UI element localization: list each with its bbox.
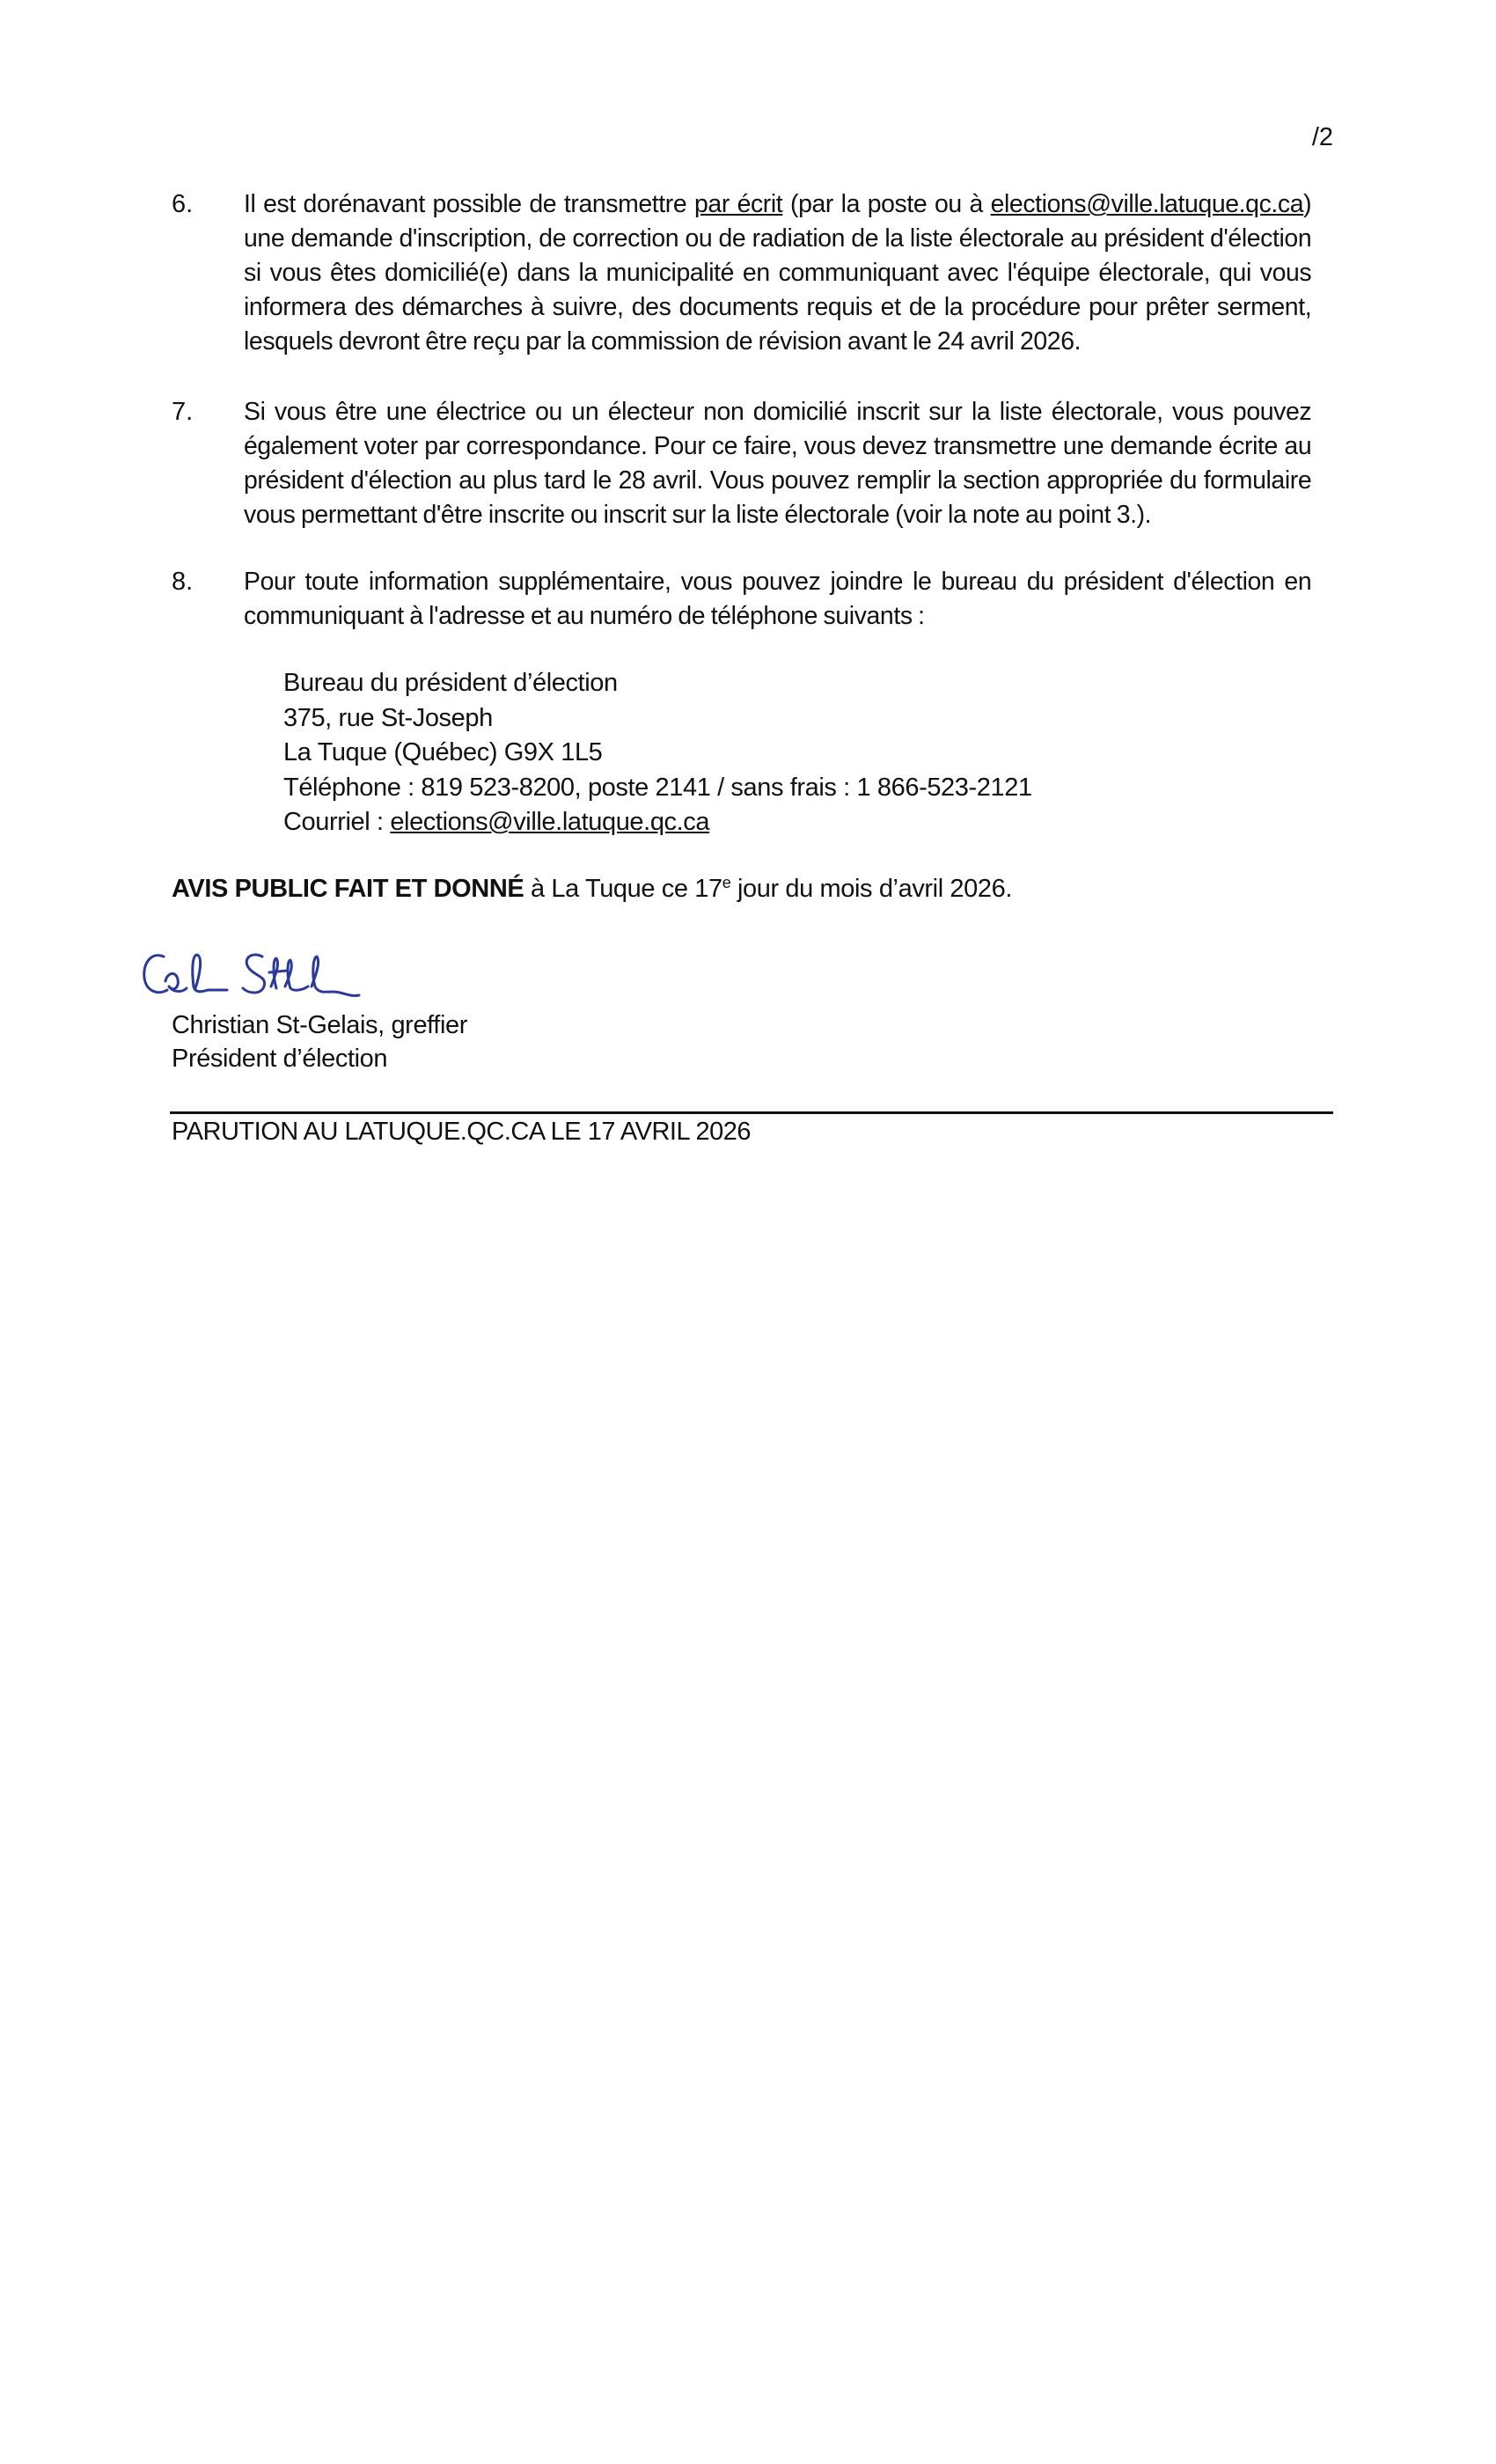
list-item-8: 8. Pour toute information supplémentaire… xyxy=(172,565,1333,634)
email-link[interactable]: elections@ville.latuque.qc.ca xyxy=(390,808,709,836)
address-phone: Téléphone : 819 523-8200, poste 2141 / s… xyxy=(283,771,1032,806)
document-page: /2 6. Il est dorénavant possible de tran… xyxy=(0,0,1496,2464)
underlined-text: par écrit xyxy=(694,190,782,218)
page-number: /2 xyxy=(1312,123,1333,152)
address-city: La Tuque (Québec) G9X 1L5 xyxy=(283,736,1032,771)
item-text: Si vous être une électrice ou un électeu… xyxy=(244,395,1311,532)
public-notice-statement: AVIS PUBLIC FAIT ET DONNÉ à La Tuque ce … xyxy=(172,874,1012,904)
list-item-7: 7. Si vous être une électrice ou un élec… xyxy=(172,395,1333,532)
email-link[interactable]: elections@ville.latuque.qc.ca xyxy=(991,190,1304,218)
signer-name: Christian St-Gelais, greffier xyxy=(172,1008,467,1042)
address-block: Bureau du président d’élection 375, rue … xyxy=(283,666,1032,840)
signer-title: Président d’élection xyxy=(172,1042,467,1075)
list-item-6: 6. Il est dorénavant possible de transme… xyxy=(172,187,1333,359)
address-street: 375, rue St-Joseph xyxy=(283,701,1032,737)
publication-notice: PARUTION AU LATUQUE.QC.CA LE 17 AVRIL 20… xyxy=(172,1118,751,1147)
address-office: Bureau du président d’élection xyxy=(283,666,1032,701)
signature-image xyxy=(139,937,509,1016)
item-number: 8. xyxy=(172,565,193,599)
signer-block: Christian St-Gelais, greffier Président … xyxy=(172,1008,467,1075)
item-text: Pour toute information supplémentaire, v… xyxy=(244,565,1311,634)
address-email-line: Courriel : elections@ville.latuque.qc.ca xyxy=(283,805,1032,840)
item-number: 6. xyxy=(172,187,193,222)
item-text: Il est dorénavant possible de transmettr… xyxy=(244,187,1311,359)
footer-divider xyxy=(170,1111,1333,1114)
item-number: 7. xyxy=(172,395,193,429)
